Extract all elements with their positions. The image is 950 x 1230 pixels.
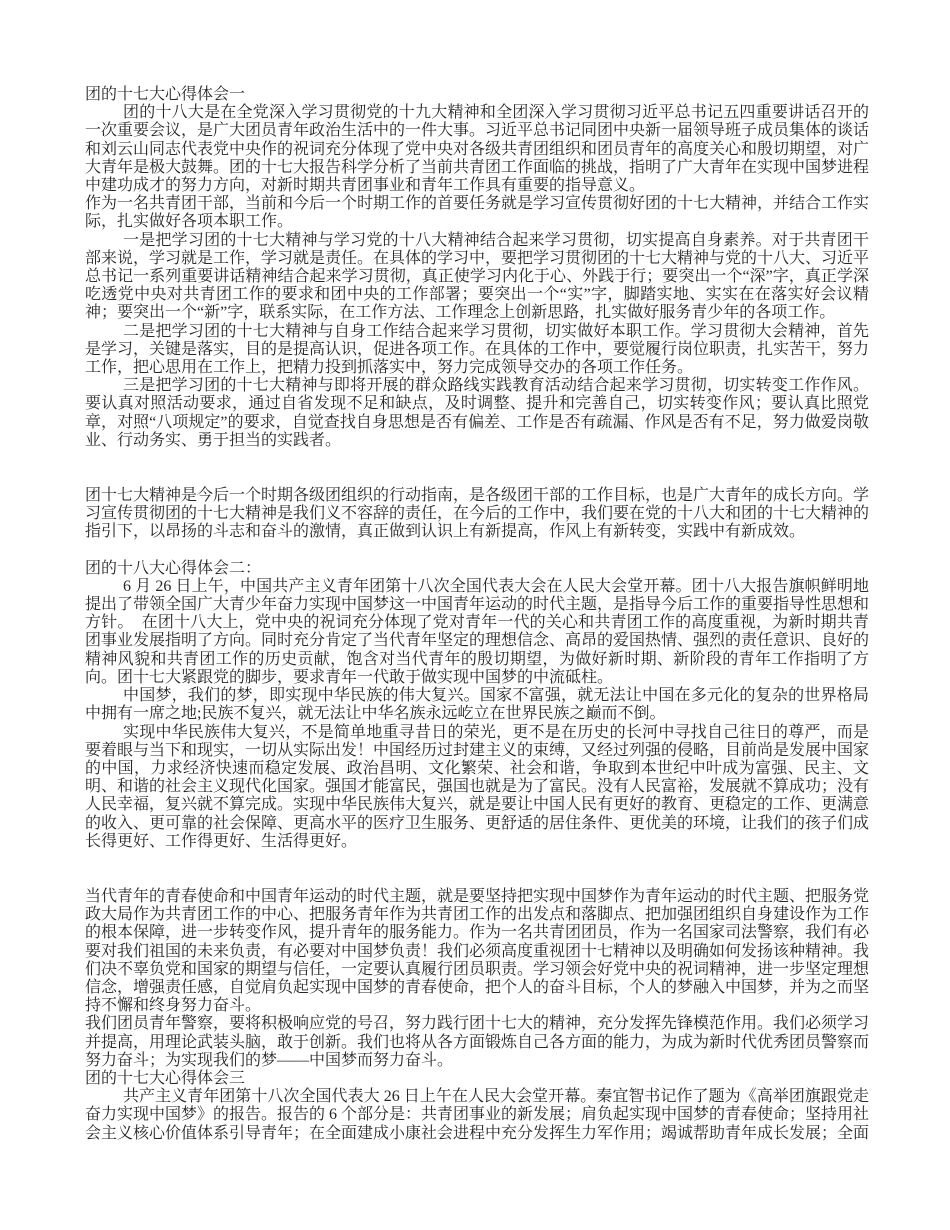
essay-1-task-paragraph: 作为一名共青团干部，当前和今后一个时期工作的首要任务就是学习宣传贯彻好团的十七大… [85,195,869,231]
essay-2-rejuvenation-paragraph: 实现中华民族伟大复兴，不是简单地重寻昔日的荣光，更不是在历史的长河中寻找自己往日… [85,724,869,851]
essay-3-title: 团的十七大心得体会三 [85,1070,869,1088]
document-body: 团的十七大心得体会一 团的十八大是在全党深入学习贯彻党的十九大精神和全团深入学习… [85,86,869,1143]
essay-3-opening-paragraph: 共产主义青年团第十八次全国代表大 26 日上午在人民大会堂开幕。秦宜智书记作了题… [85,1088,869,1143]
essay-1-conclusion-paragraph: 团十七大精神是今后一个时期各级团组织的行动指南，是各级团干部的工作目标，也是广大… [85,487,869,542]
essay-1-title: 团的十七大心得体会一 [85,86,869,104]
essay-1-point-3-paragraph: 三是把学习团的十七大精神与即将开展的群众路线实践教育活动结合起来学习贯彻，切实转… [85,377,869,450]
essay-2-china-dream-paragraph: 中国梦，我们的梦，即实现中华民族的伟大复兴。国家不富强，就无法让中国在多元化的复… [85,687,869,723]
essay-1-point-2-paragraph: 二是把学习团的十七大精神与自身工作结合起来学习贯彻，切实做好本职工作。学习贯彻大… [85,323,869,378]
essay-1-intro-paragraph: 团的十八大是在全党深入学习贯彻党的十九大精神和全团深入学习贯彻习近平总书记五四重… [85,104,869,195]
essay-2-opening-paragraph: 6 月 26 日上午，中国共产主义青年团第十八次全国代表大会在人民大会堂开幕。团… [85,578,869,687]
essay-2-title: 团的十八大心得体会二： [85,560,869,578]
essay-2-youth-mission-paragraph: 当代青年的青春使命和中国青年运动的时代主题，就是要坚持把实现中国梦作为青年运动的… [85,888,869,1015]
essay-2-pledge-paragraph: 我们团员青年警察，要将积极响应党的号召，努力践行团十七大的精神，充分发挥先锋模范… [85,1015,869,1070]
essay-1-point-1-paragraph: 一是把学习团的十七大精神与学习党的十八大精神结合起来学习贯彻，切实提高自身素养。… [85,232,869,323]
